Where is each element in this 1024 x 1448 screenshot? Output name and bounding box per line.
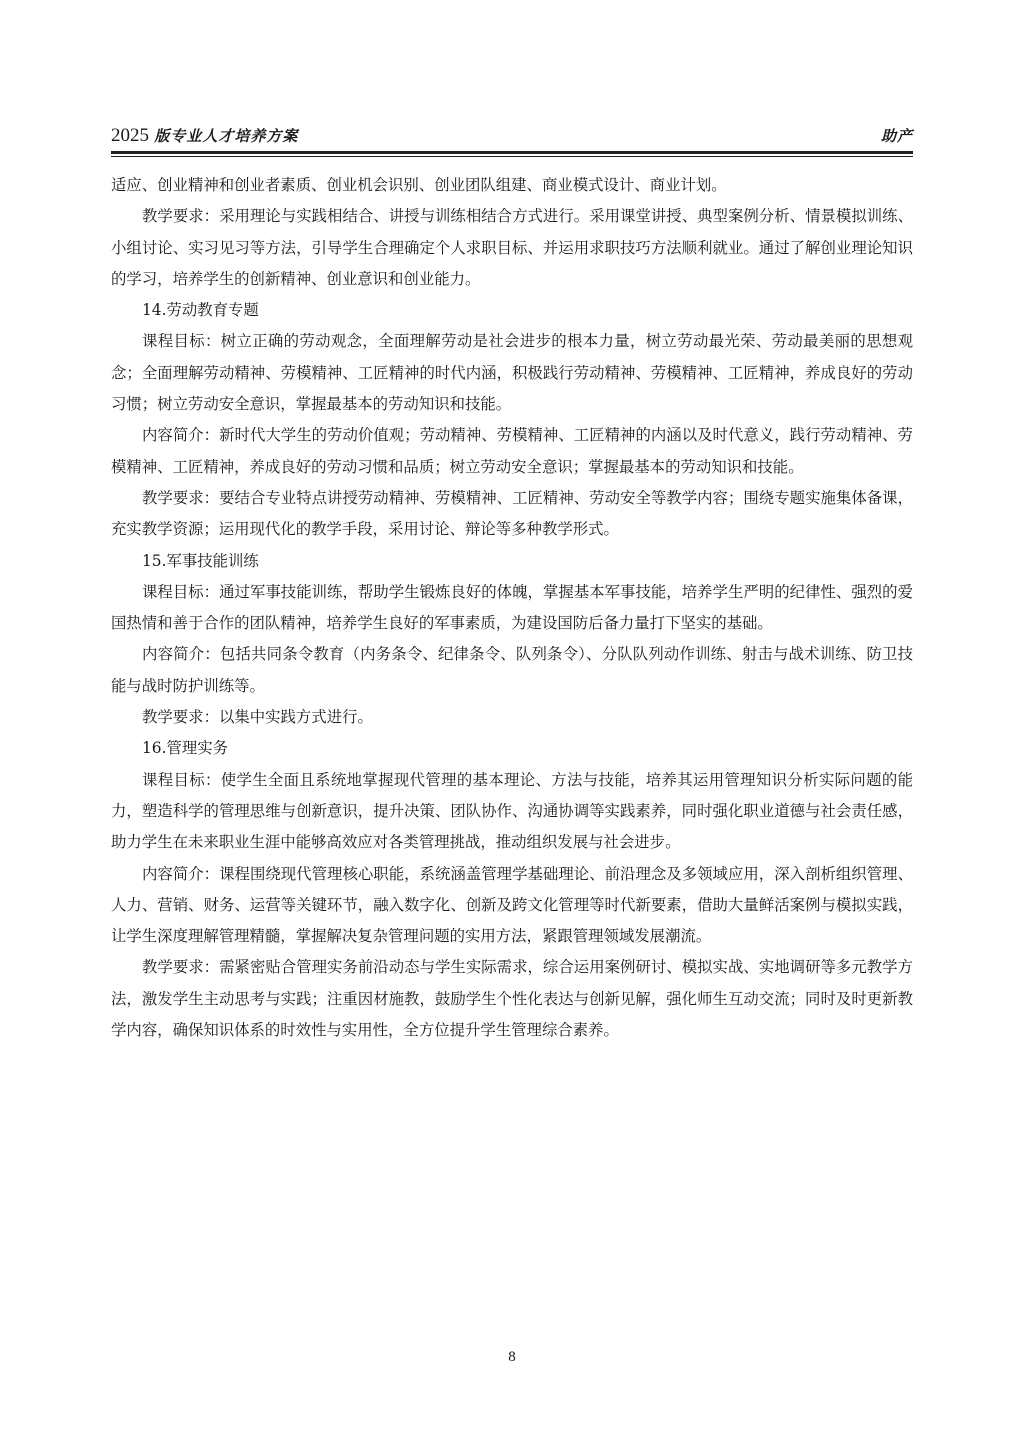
paragraph-content-summary: 内容简介：包括共同条令教育（内务条令、纪律条令、队列条令）、分队队列动作训练、射…: [111, 639, 913, 702]
paragraph-teaching-requirements: 教学要求：采用理论与实践相结合、讲授与训练相结合方式进行。采用课堂讲授、典型案例…: [111, 201, 913, 295]
header-rule-thin: [111, 156, 913, 157]
section-heading-15: 15.军事技能训练: [111, 546, 913, 577]
section-heading-14: 14.劳动教育专题: [111, 295, 913, 326]
page-body: 适应、创业精神和创业者素质、创业机会识别、创业团队组建、商业模式设计、商业计划。…: [111, 170, 913, 1046]
header-major: 助产: [881, 124, 913, 148]
paragraph-content-summary: 内容简介：课程围绕现代管理核心职能，系统涵盖管理学基础理论、前沿理念及多领域应用…: [111, 859, 913, 953]
header-rule-thick: [111, 151, 913, 154]
header-title: 版专业人才培养方案: [154, 127, 298, 145]
document-title: 2025 版专业人才培养方案: [111, 124, 298, 148]
paragraph-course-objectives: 课程目标：使学生全面且系统地掌握现代管理的基本理论、方法与技能，培养其运用管理知…: [111, 765, 913, 859]
paragraph-teaching-requirements: 教学要求：要结合专业特点讲授劳动精神、劳模精神、工匠精神、劳动安全等教学内容；围…: [111, 483, 913, 546]
paragraph-teaching-requirements: 教学要求：需紧密贴合管理实务前沿动态与学生实际需求，综合运用案例研讨、模拟实战、…: [111, 952, 913, 1046]
running-header: 2025 版专业人才培养方案 助产: [111, 124, 913, 148]
paragraph-continuation: 适应、创业精神和创业者素质、创业机会识别、创业团队组建、商业模式设计、商业计划。: [111, 170, 913, 201]
paragraph-teaching-requirements: 教学要求：以集中实践方式进行。: [111, 702, 913, 733]
header-year: 2025: [111, 125, 149, 146]
paragraph-course-objectives: 课程目标：通过军事技能训练，帮助学生锻炼良好的体魄，掌握基本军事技能，培养学生严…: [111, 577, 913, 640]
paragraph-course-objectives: 课程目标：树立正确的劳动观念，全面理解劳动是社会进步的根本力量，树立劳动最光荣、…: [111, 326, 913, 420]
paragraph-content-summary: 内容简介：新时代大学生的劳动价值观；劳动精神、劳模精神、工匠精神的内涵以及时代意…: [111, 420, 913, 483]
section-heading-16: 16.管理实务: [111, 733, 913, 764]
page-number: 8: [0, 1349, 1024, 1366]
